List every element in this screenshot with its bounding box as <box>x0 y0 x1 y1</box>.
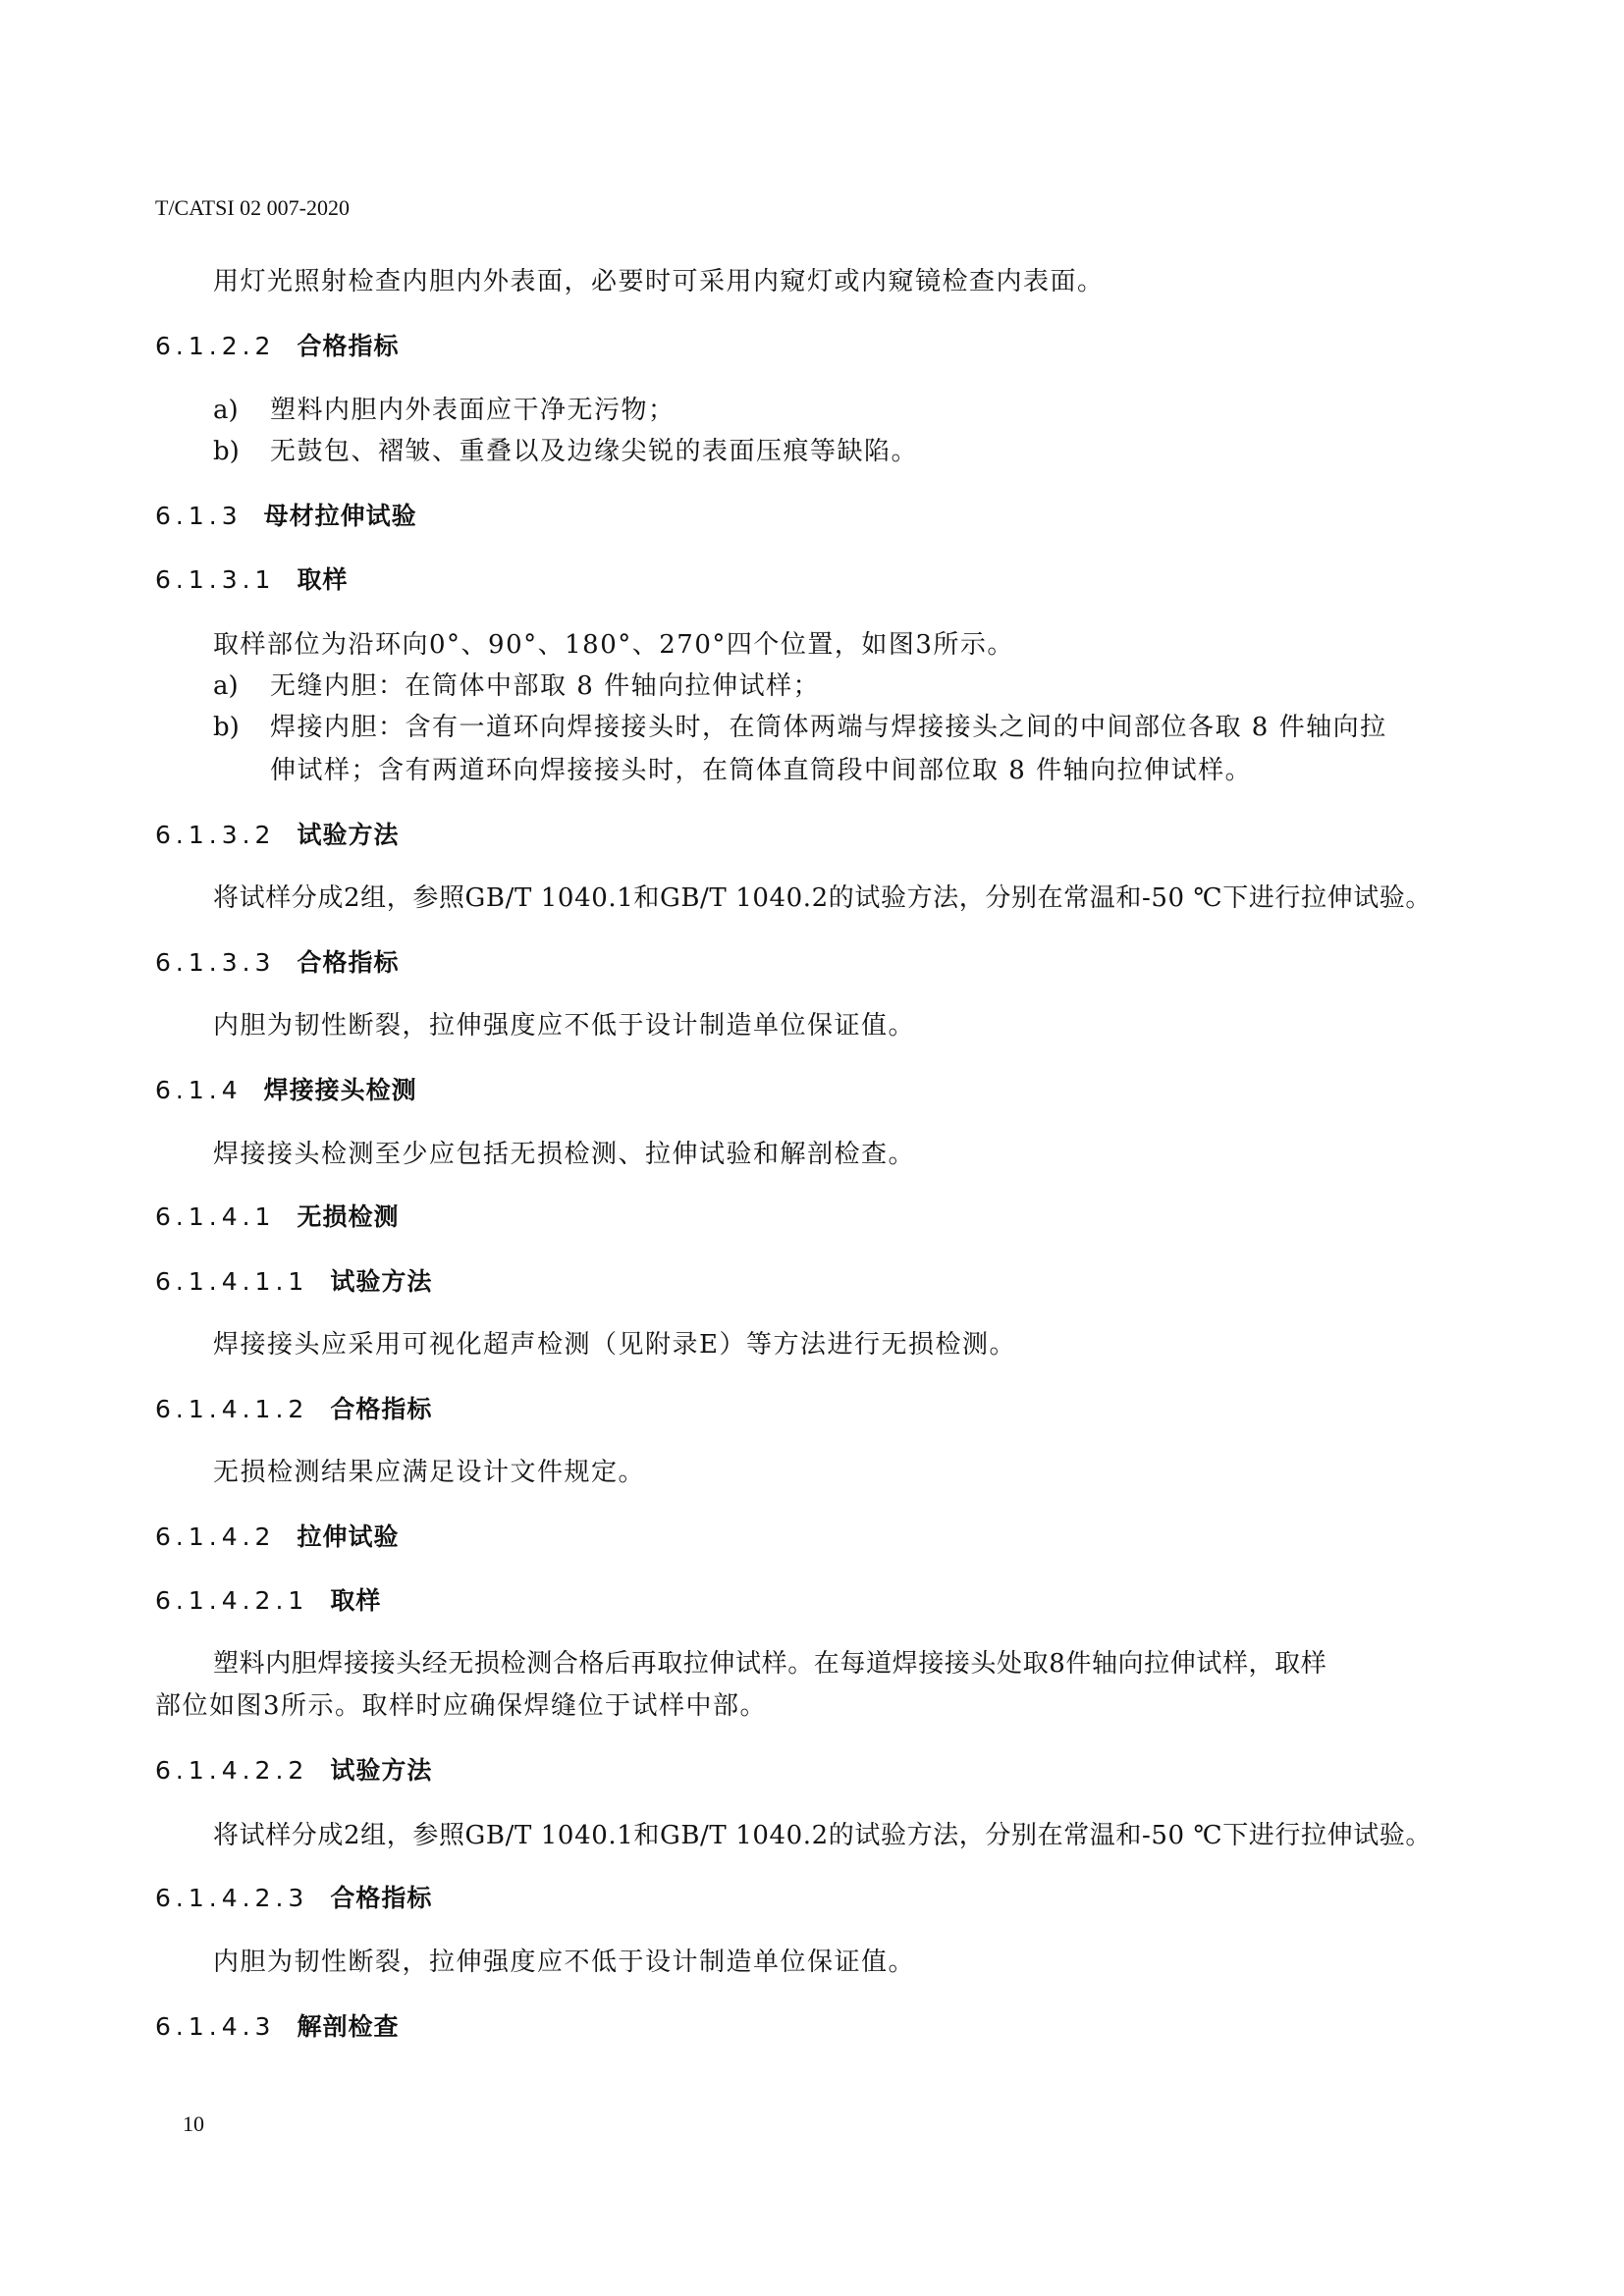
list-text: 无缝内胆：在筒体中部取 8 件轴向拉伸试样； <box>270 670 820 702</box>
section-number: 6.1.3 <box>155 501 243 532</box>
section-title: 取样 <box>297 564 348 596</box>
section-heading-6-1-4-1-1: 6.1.4.1.1试验方法 <box>155 1266 432 1298</box>
section-title: 试验方法 <box>330 1266 432 1298</box>
section-title: 试验方法 <box>330 1755 432 1787</box>
section-heading-6-1-4-2-1: 6.1.4.2.1取样 <box>155 1585 381 1617</box>
paragraph: 内胆为韧性断裂，拉伸强度应不低于设计制造单位保证值。 <box>213 1947 915 1978</box>
paragraph: 无损检测结果应满足设计文件规定。 <box>213 1457 645 1488</box>
section-heading-6-1-4-1-2: 6.1.4.1.2合格指标 <box>155 1394 432 1425</box>
list-item-continuation: 伸试样；含有两道环向焊接接头时，在筒体直筒段中间部位取 8 件轴向拉伸试样。 <box>0 755 1624 786</box>
section-heading-6-1-4-2-2: 6.1.4.2.2试验方法 <box>155 1755 432 1787</box>
paragraph: 焊接接头检测至少应包括无损检测、拉伸试验和解剖检查。 <box>213 1139 915 1170</box>
list-text: 伸试样；含有两道环向焊接接头时，在筒体直筒段中间部位取 8 件轴向拉伸试样。 <box>270 755 1252 786</box>
paragraph: 将试样分成2组，参照GB/T 1040.1和GB/T 1040.2的试验方法，分… <box>213 882 1432 914</box>
section-number: 6.1.3.2 <box>155 820 275 851</box>
section-heading-6-1-4-1: 6.1.4.1无损检测 <box>155 1201 399 1233</box>
section-number: 6.1.4.1 <box>155 1201 275 1233</box>
paragraph: 取样部位为沿环向0°、90°、180°、270°四个位置，如图3所示。 <box>213 629 1014 661</box>
section-heading-6-1-3-3: 6.1.3.3合格指标 <box>155 947 399 979</box>
list-marker: a) <box>213 670 239 702</box>
section-title: 取样 <box>330 1585 381 1617</box>
section-title: 合格指标 <box>297 947 399 979</box>
section-number: 6.1.4 <box>155 1075 243 1106</box>
list-item: b) 焊接内胆：含有一道环向焊接接头时，在筒体两端与焊接接头之间的中间部位各取 … <box>0 712 1624 743</box>
section-number: 6.1.4.1.2 <box>155 1394 308 1425</box>
document-code: T/CATSI 02 007-2020 <box>155 192 350 224</box>
section-heading-6-1-4-2-3: 6.1.4.2.3合格指标 <box>155 1883 432 1914</box>
section-title: 合格指标 <box>297 331 399 362</box>
section-number: 6.1.4.2.3 <box>155 1883 308 1914</box>
section-title: 解剖检查 <box>297 2011 399 2043</box>
section-title: 焊接接头检测 <box>264 1075 417 1106</box>
section-title: 合格指标 <box>330 1394 432 1425</box>
list-item: a) 塑料内胆内外表面应干净无污物； <box>0 395 1624 426</box>
section-number: 6.1.4.1.1 <box>155 1266 308 1298</box>
paragraph: 塑料内胆焊接接头经无损检测合格后再取拉伸试样。在每道焊接接头处取8件轴向拉伸试样… <box>213 1648 1326 1680</box>
section-number: 6.1.3.1 <box>155 564 275 596</box>
list-text: 焊接内胆：含有一道环向焊接接头时，在筒体两端与焊接接头之间的中间部位各取 8 件… <box>270 712 1387 743</box>
section-title: 母材拉伸试验 <box>264 501 417 532</box>
section-heading-6-1-3: 6.1.3母材拉伸试验 <box>155 501 417 532</box>
paragraph: 内胆为韧性断裂，拉伸强度应不低于设计制造单位保证值。 <box>213 1010 915 1041</box>
section-heading-6-1-3-2: 6.1.3.2试验方法 <box>155 820 399 851</box>
section-title: 试验方法 <box>297 820 399 851</box>
section-heading-6-1-4-2: 6.1.4.2拉伸试验 <box>155 1522 399 1553</box>
list-marker: b) <box>213 712 240 743</box>
section-title: 无损检测 <box>297 1201 399 1233</box>
section-number: 6.1.4.3 <box>155 2011 275 2043</box>
list-text: 无鼓包、褶皱、重叠以及边缘尖锐的表面压痕等缺陷。 <box>270 436 918 467</box>
section-heading-6-1-4: 6.1.4焊接接头检测 <box>155 1075 417 1106</box>
paragraph: 将试样分成2组，参照GB/T 1040.1和GB/T 1040.2的试验方法，分… <box>213 1820 1432 1851</box>
list-marker: a) <box>213 395 239 426</box>
section-heading-6-1-2-2: 6.1.2.2合格指标 <box>155 331 399 362</box>
list-text: 塑料内胆内外表面应干净无污物； <box>270 395 676 426</box>
section-title: 合格指标 <box>330 1883 432 1914</box>
section-number: 6.1.3.3 <box>155 947 275 979</box>
section-number: 6.1.4.2 <box>155 1522 275 1553</box>
section-title: 拉伸试验 <box>297 1522 399 1553</box>
list-item: b) 无鼓包、褶皱、重叠以及边缘尖锐的表面压痕等缺陷。 <box>0 436 1624 467</box>
section-heading-6-1-4-3: 6.1.4.3解剖检查 <box>155 2011 399 2043</box>
page-number: 10 <box>183 2109 204 2140</box>
section-number: 6.1.4.2.1 <box>155 1585 308 1617</box>
paragraph: 焊接接头应采用可视化超声检测（见附录E）等方法进行无损检测。 <box>213 1329 1016 1361</box>
section-number: 6.1.4.2.2 <box>155 1755 308 1787</box>
section-heading-6-1-3-1: 6.1.3.1取样 <box>155 564 348 596</box>
section-number: 6.1.2.2 <box>155 331 275 362</box>
list-item: a) 无缝内胆：在筒体中部取 8 件轴向拉伸试样； <box>0 670 1624 702</box>
list-marker: b) <box>213 436 240 467</box>
paragraph: 用灯光照射检查内胆内外表面，必要时可采用内窥灯或内窥镜检查内表面。 <box>213 266 1105 297</box>
paragraph-continuation: 部位如图3所示。取样时应确保焊缝位于试样中部。 <box>155 1690 767 1722</box>
